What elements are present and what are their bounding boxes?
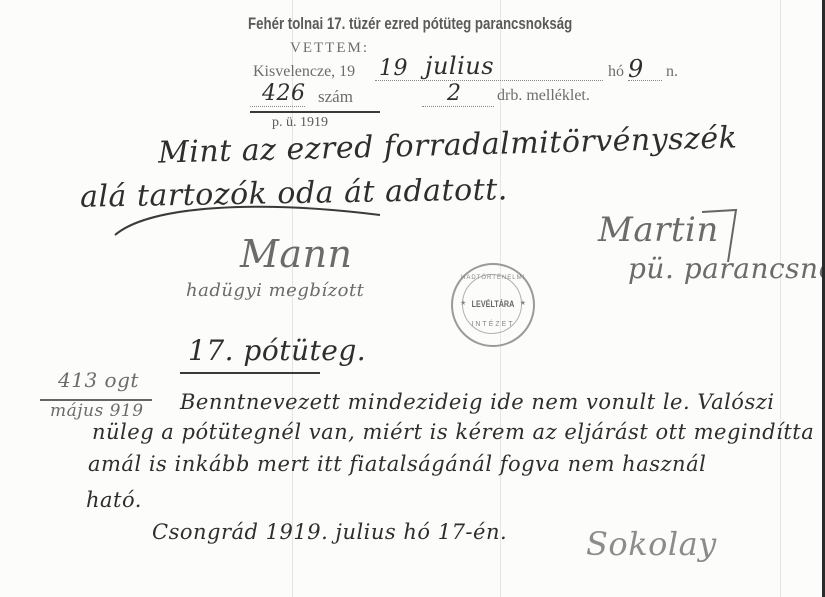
seal-top-text: HADTÖRTÉNELMI — [461, 275, 525, 281]
fold-line — [780, 0, 781, 597]
body-top-line-1: Mint az ezred forradalmitörvényszék — [158, 120, 738, 170]
signature-mann-title: hadügyi megbízott — [186, 280, 364, 301]
margin-note-line-1: 413 ogt — [58, 368, 139, 392]
date-dotted-line — [375, 80, 603, 81]
stamp-day-hw: 9 — [628, 55, 644, 83]
document-page: Fehér tolnai 17. tüzér ezred pótüteg par… — [0, 0, 825, 597]
day-dotted-line — [628, 80, 662, 81]
unit-heading-underline — [180, 372, 320, 374]
stamp-reference: p. ü. 1919 — [272, 115, 328, 131]
body-main-line-3: amál is inkább mert itt fiatalságánál fo… — [88, 452, 706, 476]
stamp-number-hw: 426 — [262, 81, 306, 106]
signature-sokolay: Sokolay — [586, 525, 717, 563]
stamp-header: Fehér tolnai 17. tüzér ezred pótüteg par… — [248, 14, 572, 34]
signature-mann: Mann — [240, 232, 353, 276]
stamp-day-suffix: n. — [666, 63, 678, 81]
signature-martin-title: pü. parancsnok — [628, 252, 825, 285]
attachments-dotted-line — [422, 106, 494, 107]
stamp-number-label: szám — [318, 87, 353, 107]
closing-place-date: Csongrád 1919. julius hó 17-én. — [152, 520, 507, 544]
number-dotted-line — [250, 106, 305, 107]
seal-star-icon: ★ — [520, 299, 526, 307]
stamp-attachments-hw: 2 — [447, 81, 462, 106]
body-main-line-1: Benntnevezett mindezideig ide nem vonult… — [180, 390, 775, 414]
stamp-month-hw: julius — [425, 52, 494, 80]
unit-heading: 17. pótüteg. — [188, 334, 366, 367]
body-main-line-2: nüleg a pótütegnél van, miért is kérem a… — [92, 420, 814, 444]
seal-center-text: LEVÉLTÁRA — [461, 299, 525, 309]
body-main-line-4: ható. — [86, 488, 142, 512]
archive-seal: HADTÖRTÉNELMI ★ LEVÉLTÁRA ★ INTÉZET — [451, 263, 535, 347]
stamp-place: Kisvelencze, 19 — [253, 63, 355, 81]
seal-bottom-text: INTÉZET — [461, 321, 525, 328]
stamp-attachments-label: drb. melléklet. — [497, 87, 590, 105]
stamp-year-hw: 19 — [379, 56, 408, 81]
margin-note-line-2: május 919 — [50, 401, 144, 421]
stamp-received-label: VETTEM: — [290, 40, 369, 57]
stamp-day-label: hó — [608, 63, 624, 81]
number-underline — [250, 111, 380, 113]
